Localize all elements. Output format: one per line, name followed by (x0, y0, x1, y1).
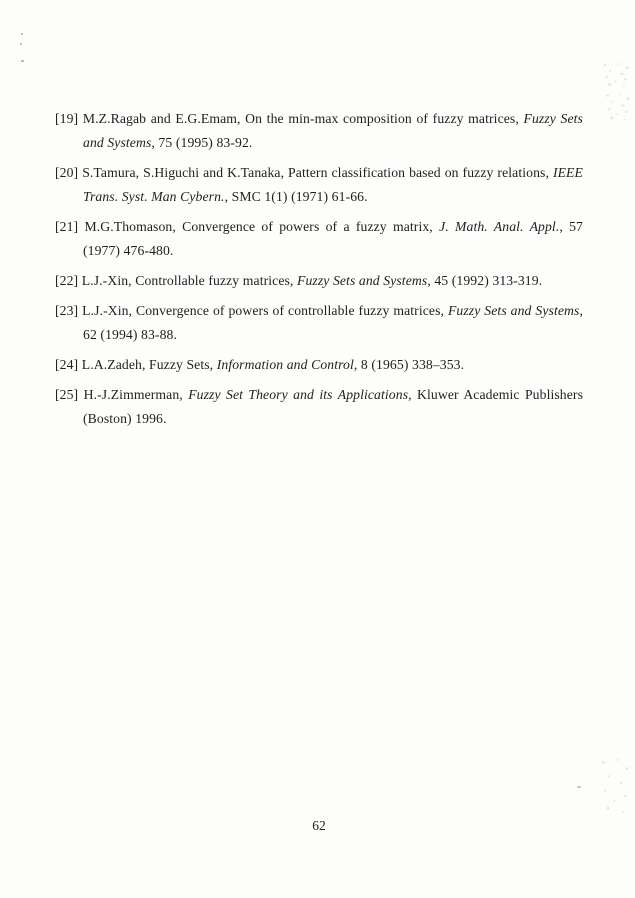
reference-entry: [19] M.Z.Ragab and E.G.Emam, On the min-… (55, 107, 583, 155)
scan-artifact-smudge (598, 755, 634, 817)
reference-text-segment: L.J.-Xin, Controllable fuzzy matrices, (82, 273, 297, 288)
reference-title-italic: J. Math. Anal. Appl. (439, 219, 559, 234)
reference-text: M.Z.Ragab and E.G.Emam, On the min-max c… (78, 111, 583, 150)
scan-artifact-smudge (600, 62, 634, 88)
reference-text-segment: S.Tamura, S.Higuchi and K.Tanaka, Patter… (82, 165, 553, 180)
reference-entry: [22] L.J.-Xin, Controllable fuzzy matric… (55, 269, 583, 293)
scan-artifact-speck (21, 60, 24, 62)
reference-text: M.G.Thomason, Convergence of powers of a… (78, 219, 583, 258)
reference-entry: [25] H.-J.Zimmerman, Fuzzy Set Theory an… (55, 383, 583, 431)
reference-number-label: [19] (55, 111, 78, 126)
reference-text: H.-J.Zimmerman, Fuzzy Set Theory and its… (78, 387, 583, 426)
reference-number-label: [24] (55, 357, 78, 372)
reference-number-label: [21] (55, 219, 78, 234)
reference-text-segment: H.-J.Zimmerman, (84, 387, 189, 402)
reference-number-label: [23] (55, 303, 78, 318)
reference-text-segment: , SMC 1(1) (1971) 61-66. (225, 189, 368, 204)
reference-title-italic: Information and Control (217, 357, 354, 372)
reference-entry: [20] S.Tamura, S.Higuchi and K.Tanaka, P… (55, 161, 583, 209)
reference-text: L.J.-Xin, Convergence of powers of contr… (78, 303, 583, 342)
reference-text-segment: L.A.Zadeh, Fuzzy Sets, (82, 357, 217, 372)
reference-text: L.A.Zadeh, Fuzzy Sets, Information and C… (78, 357, 464, 372)
reference-title-italic: Fuzzy Sets and Systems (448, 303, 580, 318)
scan-artifact-speck (577, 786, 581, 788)
scanned-paper-page: [19] M.Z.Ragab and E.G.Emam, On the min-… (0, 0, 635, 898)
reference-text-segment: , 8 (1965) 338–353. (354, 357, 464, 372)
scan-artifact-speck (21, 33, 23, 35)
reference-number-label: [25] (55, 387, 78, 402)
reference-text-segment: , 75 (1995) 83-92. (151, 135, 252, 150)
reference-title-italic: Fuzzy Set Theory and its Applications (188, 387, 408, 402)
scan-artifact-smudge (603, 92, 634, 122)
reference-entry: [21] M.G.Thomason, Convergence of powers… (55, 215, 583, 263)
reference-number-label: [20] (55, 165, 78, 180)
reference-title-italic: Fuzzy Sets and Systems (297, 273, 427, 288)
page-number: 62 (55, 817, 583, 835)
reference-text-segment: M.Z.Ragab and E.G.Emam, On the min-max c… (83, 111, 524, 126)
reference-text-segment: , 45 (1992) 313-319. (427, 273, 542, 288)
reference-text-segment: L.J.-Xin, Convergence of powers of contr… (82, 303, 448, 318)
reference-entry: [23] L.J.-Xin, Convergence of powers of … (55, 299, 583, 347)
reference-text-segment: M.G.Thomason, Convergence of powers of a… (84, 219, 439, 234)
reference-text: L.J.-Xin, Controllable fuzzy matrices, F… (78, 273, 542, 288)
scan-artifact-speck (20, 43, 22, 45)
reference-entry: [24] L.A.Zadeh, Fuzzy Sets, Information … (55, 353, 583, 377)
references-list: [19] M.Z.Ragab and E.G.Emam, On the min-… (55, 107, 583, 437)
reference-number-label: [22] (55, 273, 78, 288)
reference-text: S.Tamura, S.Higuchi and K.Tanaka, Patter… (78, 165, 583, 204)
